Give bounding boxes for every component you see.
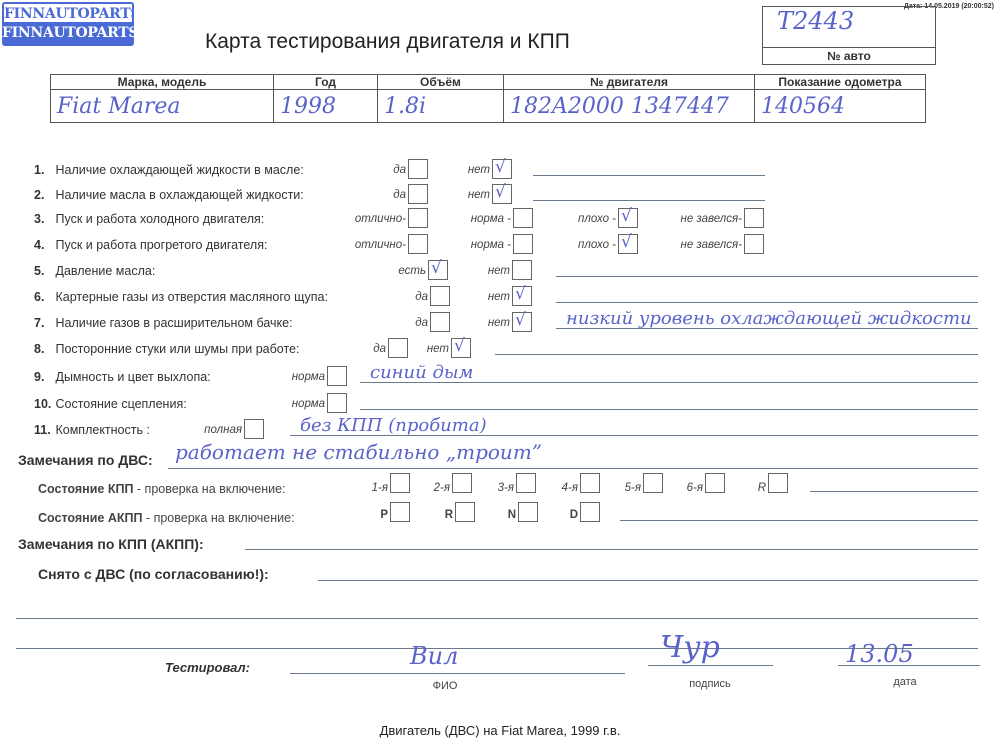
checklist-checkbox[interactable]: √ — [492, 159, 512, 179]
finnautoparts-logo: FINNAUTOPARTS FINNAUTOPARTS — [2, 2, 134, 46]
gear-label: 4-я — [540, 482, 578, 494]
checklist-option-label: нет — [415, 317, 510, 329]
checkmark-icon: √ — [515, 284, 526, 304]
extra-line-1 — [16, 618, 978, 619]
gear-checkbox[interactable] — [580, 473, 600, 493]
gear-label: D — [555, 509, 578, 521]
checklist-checkbox[interactable]: √ — [451, 338, 471, 358]
logo-line-2: FINNAUTOPARTS — [2, 22, 134, 46]
checkmark-icon: √ — [495, 182, 506, 202]
checklist-option-label: норма - — [400, 239, 511, 251]
checklist-checkbox[interactable] — [744, 208, 764, 228]
checklist-note-line[interactable] — [533, 175, 765, 176]
gear-checkbox[interactable] — [580, 502, 600, 522]
engine-remarks-label: Замечания по ДВС: — [18, 452, 153, 468]
checkmark-icon: √ — [495, 157, 506, 177]
checklist-option-label: нет — [415, 291, 510, 303]
checklist-item-label: 7. Наличие газов в расширительном бачке: — [34, 316, 293, 330]
col-make-model: Марка, модель — [51, 75, 274, 90]
checklist-note: синий дым — [370, 362, 473, 383]
gear-label: R — [742, 482, 766, 494]
year-value: 1998 — [274, 90, 378, 123]
gear-label: 6-я — [667, 482, 703, 494]
auto-number-label: № авто — [763, 48, 935, 64]
checklist-note-line[interactable] — [556, 276, 978, 277]
odometer-value: 140564 — [755, 90, 926, 123]
gear-label: 1-я — [350, 482, 388, 494]
page-title: Карта тестирования двигателя и КПП — [205, 30, 570, 54]
checklist-checkbox[interactable]: √ — [512, 286, 532, 306]
checklist-option-label: да — [320, 164, 406, 176]
col-year: Год — [274, 75, 378, 90]
tested-by-label: Тестировал: — [165, 660, 250, 675]
checklist-checkbox[interactable] — [744, 234, 764, 254]
date-value: 13.05 — [845, 640, 914, 668]
signature-caption: подпись — [675, 678, 745, 690]
gear-checkbox[interactable] — [452, 473, 472, 493]
name-caption: ФИО — [410, 680, 480, 692]
checklist-item-label: 2. Наличие масла в охлаждающей жидкости: — [34, 188, 304, 202]
gearbox-remarks-line[interactable] — [245, 549, 978, 550]
checklist-option-label: есть — [340, 265, 426, 277]
checklist-item-label: 1. Наличие охлаждающей жидкости в масле: — [34, 163, 304, 177]
manual-gearbox-label: Состояние КПП - проверка на включение: — [38, 482, 286, 496]
tester-name-signature: Вил — [410, 642, 458, 670]
col-odometer: Показание одометра — [755, 75, 926, 90]
gear-checkbox[interactable] — [643, 473, 663, 493]
checklist-item-label: 6. Картерные газы из отверстия масляного… — [34, 290, 328, 304]
date-line — [838, 665, 980, 666]
gear-label: P — [365, 509, 388, 521]
gear-label: N — [495, 509, 516, 521]
signature-line — [648, 665, 773, 666]
checklist-item-label: 5. Давление масла: — [34, 264, 155, 278]
checklist-checkbox[interactable] — [244, 419, 264, 439]
gear-checkbox[interactable] — [390, 473, 410, 493]
col-engine-number: № двигателя — [504, 75, 755, 90]
checklist-item-label: 9. Дымность и цвет выхлопа: — [34, 370, 211, 384]
checklist-option-label: полная — [150, 424, 242, 436]
checklist-option-label: отлично- — [290, 239, 406, 251]
date-caption: дата — [870, 676, 940, 688]
removed-label: Снято с ДВС (по согласованию!): — [38, 566, 269, 582]
engine-remarks-line — [168, 468, 978, 469]
checklist-option-label: да — [320, 189, 406, 201]
checklist-option-label: не завелся- — [600, 239, 742, 251]
gear-label: 3-я — [480, 482, 514, 494]
checklist-checkbox[interactable] — [512, 260, 532, 280]
signature-mark: Чур — [660, 630, 720, 665]
make-model-value: Fiat Marea — [51, 90, 274, 123]
checklist-note-line[interactable] — [533, 200, 765, 201]
checklist-option-label: нет — [370, 343, 449, 355]
checklist-option-label: не завелся- — [600, 213, 742, 225]
engine-remarks-value: работает не стабильно „троит” — [175, 440, 542, 464]
checklist-item-label: 3. Пуск и работа холодного двигателя: — [34, 212, 264, 226]
extra-line-2 — [16, 648, 978, 649]
checklist-option-label: норма — [230, 371, 325, 383]
checklist-item-label: 10. Состояние сцепления: — [34, 397, 187, 411]
auto-gearbox-line — [620, 520, 978, 521]
checklist-option-label: нет — [415, 265, 510, 277]
checklist-option-label: норма — [230, 398, 325, 410]
gear-label: R — [430, 509, 453, 521]
checklist-option-label: плохо - — [500, 239, 616, 251]
checklist-checkbox[interactable]: √ — [492, 184, 512, 204]
gear-checkbox[interactable] — [390, 502, 410, 522]
checkmark-icon: √ — [454, 336, 465, 356]
checklist-option-label: плохо - — [500, 213, 616, 225]
engine-number-value: 182A2000 1347447 — [504, 90, 755, 123]
vehicle-info-table: Марка, модель Год Объём № двигателя Пока… — [50, 74, 926, 123]
gear-checkbox[interactable] — [518, 502, 538, 522]
checklist-note-line[interactable] — [556, 302, 978, 303]
gear-checkbox[interactable] — [768, 473, 788, 493]
name-line — [290, 673, 625, 674]
checklist-note-line[interactable] — [360, 409, 978, 410]
checklist-note: низкий уровень охлаждающей жидкости — [566, 308, 972, 329]
col-volume: Объём — [378, 75, 504, 90]
gear-checkbox[interactable] — [455, 502, 475, 522]
auto-gearbox-label: Состояние АКПП - проверка на включение: — [38, 511, 295, 525]
checklist-note-line[interactable] — [495, 354, 978, 355]
checklist-item-label: 4. Пуск и работа прогретого двигателя: — [34, 238, 267, 252]
auto-number-value: T2443 — [763, 7, 935, 48]
checklist-note: без КПП (пробита) — [300, 415, 487, 436]
page-caption: Двигатель (ДВС) на Fiat Marea, 1999 г.в. — [0, 723, 1000, 738]
gear-label: 2-я — [415, 482, 450, 494]
checklist-checkbox[interactable] — [327, 393, 347, 413]
auto-number-box: T2443 № авто — [762, 6, 936, 65]
checkmark-icon: √ — [515, 310, 526, 330]
checklist-option-label: отлично- — [290, 213, 406, 225]
checklist-checkbox[interactable]: √ — [512, 312, 532, 332]
checklist-item-label: 8. Посторонние стуки или шумы при работе… — [34, 342, 299, 356]
logo-line-1: FINNAUTOPARTS — [2, 2, 134, 22]
gear-label: 5-я — [605, 482, 641, 494]
checklist-option-label: норма - — [400, 213, 511, 225]
removed-line[interactable] — [318, 580, 978, 581]
checklist-option-label: нет — [400, 164, 490, 176]
checklist-option-label: нет — [400, 189, 490, 201]
checklist-item-label: 11. Комплектность : — [34, 423, 150, 437]
gearbox-remarks-label: Замечания по КПП (АКПП): — [18, 536, 204, 552]
manual-gearbox-line — [810, 491, 978, 492]
checklist-checkbox[interactable] — [327, 366, 347, 386]
volume-value: 1.8i — [378, 90, 504, 123]
gear-checkbox[interactable] — [705, 473, 725, 493]
gear-checkbox[interactable] — [516, 473, 536, 493]
